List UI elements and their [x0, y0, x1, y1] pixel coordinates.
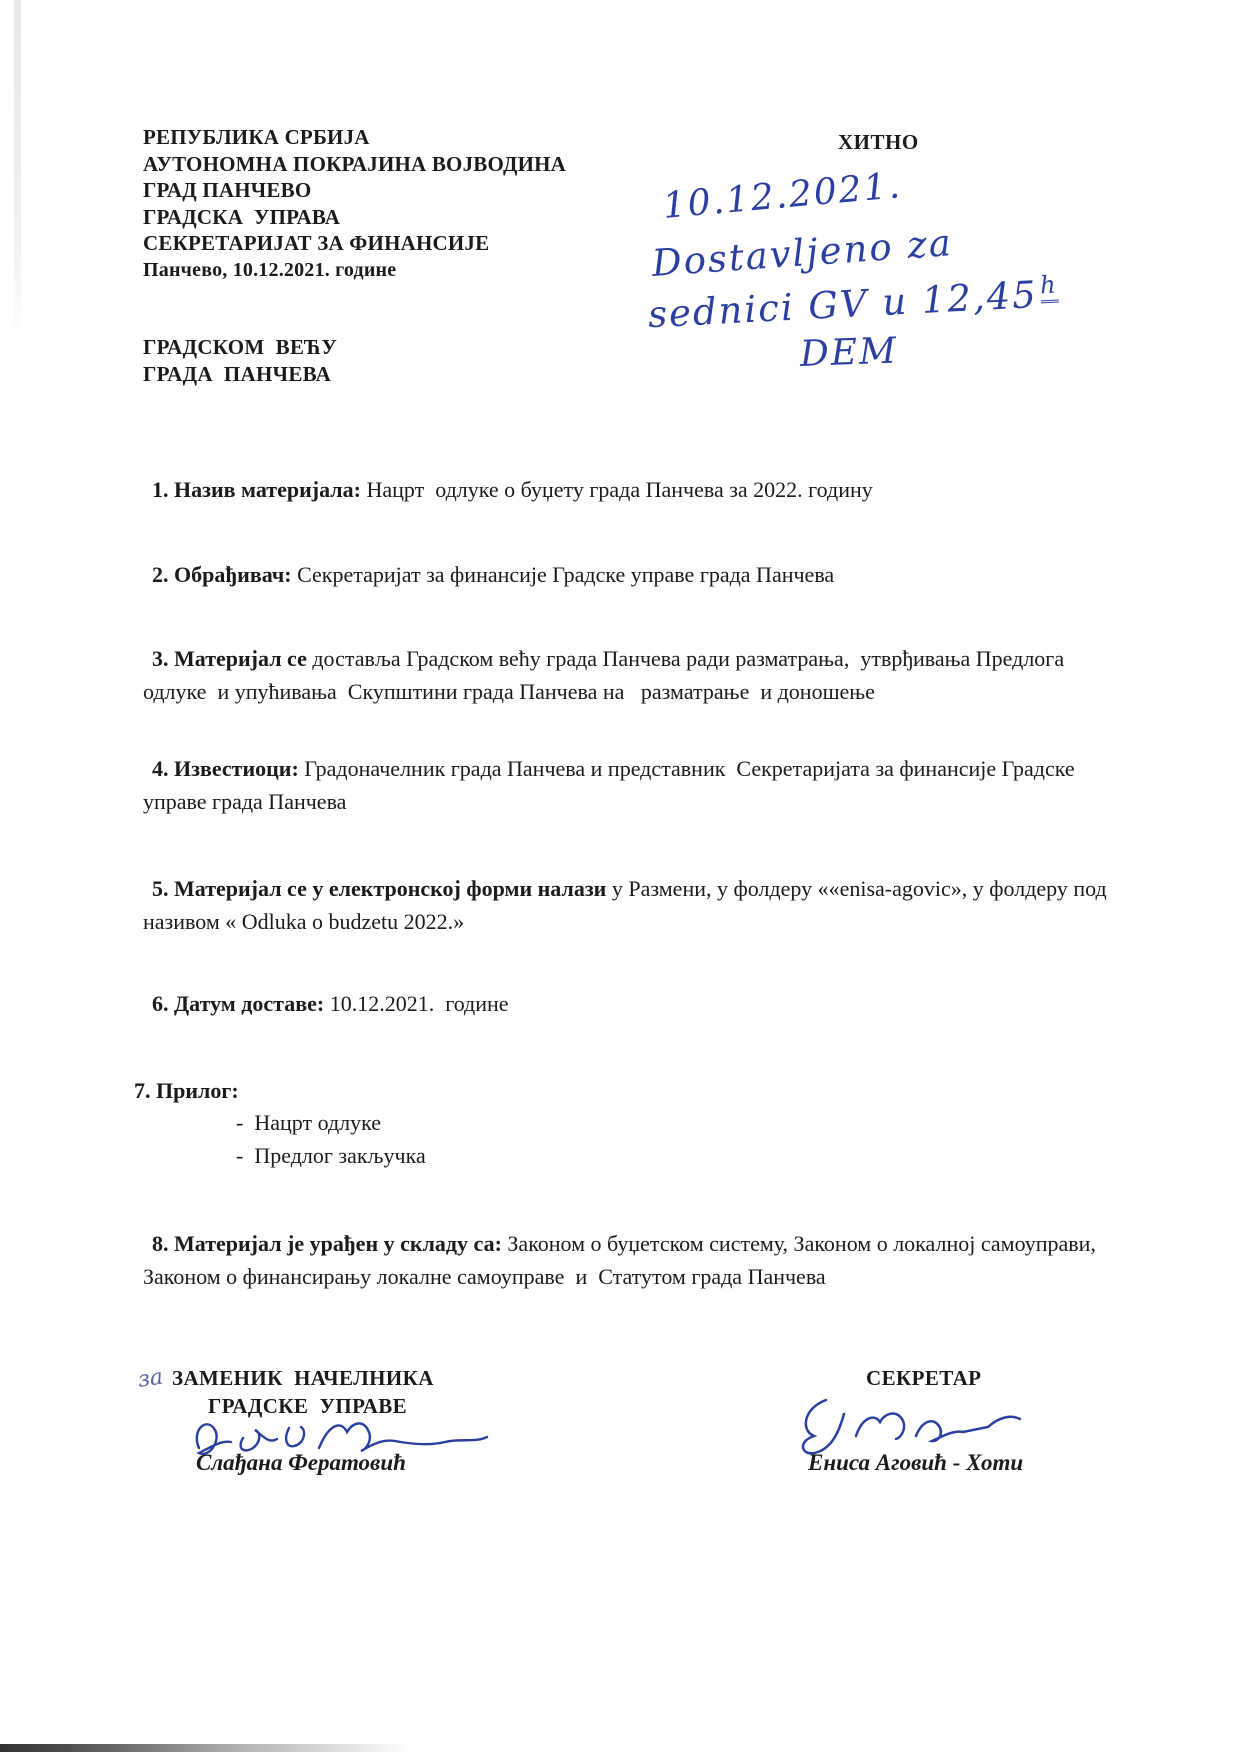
item-3-delivery: 3. Материјал се доставља Градском већу г…	[143, 642, 1108, 708]
handwritten-initials: DEM	[799, 331, 898, 375]
item-2-text: Секретаријат за финансије Градске управе…	[297, 562, 834, 587]
handwritten-hour-superscript: h	[1039, 271, 1058, 304]
letterhead-line: АУТОНОМНА ПОКРАЈИНА ВОЈВОДИНА	[143, 151, 566, 178]
letterhead-line: ГРАД ПАНЧЕВО	[143, 177, 566, 204]
handwritten-time-text: sednici GV u 12,45	[647, 273, 1039, 336]
item-6-text: 10.12.2021. године	[330, 991, 509, 1016]
letterhead-block: РЕПУБЛИКА СРБИЈА АУТОНОМНА ПОКРАЈИНА ВОЈ…	[143, 124, 566, 283]
addressee-line: ГРАДСКОМ ВЕЋУ	[143, 334, 337, 361]
attachment-item: - Предлог закључка	[236, 1139, 426, 1172]
item-8-label: 8. Материјал је урађен у складу са:	[152, 1231, 502, 1256]
bullet-dash: -	[236, 1110, 243, 1135]
item-1-text: Нацрт одлуке о буџету града Панчева за 2…	[366, 477, 872, 502]
addressee-block: ГРАДСКОМ ВЕЋУ ГРАДА ПАНЧЕВА	[143, 334, 337, 388]
item-2-label: 2. Обрађивач:	[152, 562, 292, 587]
scanned-document-page: РЕПУБЛИКА СРБИЈА АУТОНОМНА ПОКРАЈИНА ВОЈ…	[0, 0, 1240, 1752]
attachment-text: Предлог закључка	[254, 1143, 425, 1168]
scan-artifact-bottom-smudge	[0, 1744, 660, 1752]
item-2-preparer: 2. Обрађивач: Секретаријат за финансије …	[152, 558, 1117, 591]
item-3-label: 3. Материјал се	[152, 646, 307, 671]
attachment-text: Нацрт одлуке	[254, 1110, 381, 1135]
item-1-label: 1. Назив материјала:	[152, 477, 361, 502]
deputy-chief-name: Слађана Фератовић	[196, 1450, 406, 1476]
scan-artifact-left-edge	[14, 0, 21, 340]
item-1-material-name: 1. Назив материјала: Нацрт одлуке о буџе…	[152, 473, 1117, 506]
item-4-reporters: 4. Известиоци: Градоначелник града Панче…	[143, 752, 1108, 818]
item-7-attachments-label: 7. Прилог:	[134, 1074, 1099, 1107]
letterhead-line: СЕКРЕТАРИЈАТ ЗА ФИНАНСИЈЕ	[143, 230, 566, 257]
handwritten-line-dostavljeno: Dostavljeno za	[651, 221, 955, 285]
item-6-label: 6. Датум доставе:	[152, 991, 324, 1016]
item-4-label: 4. Известиоци:	[152, 756, 299, 781]
letterhead-place-date: Панчево, 10.12.2021. године	[143, 257, 566, 284]
item-6-delivery-date: 6. Датум доставе: 10.12.2021. године	[152, 987, 1117, 1020]
attachment-item: - Нацрт одлуке	[236, 1106, 426, 1139]
item-8-legal-basis: 8. Материјал је урађен у складу са: Зако…	[143, 1227, 1108, 1293]
handwritten-date: 10.12.2021.	[661, 165, 903, 227]
letterhead-line: ГРАДСКА УПРАВА	[143, 204, 566, 231]
bullet-dash: -	[236, 1143, 243, 1168]
attachment-list: - Нацрт одлуке - Предлог закључка	[236, 1106, 426, 1172]
item-5-electronic-form: 5. Материјал се у електронској форми нал…	[143, 872, 1108, 938]
urgent-label: ХИТНО	[838, 130, 919, 155]
secretary-name: Ениса Аговић - Хоти	[808, 1450, 1023, 1476]
addressee-line: ГРАДА ПАНЧЕВА	[143, 361, 337, 388]
letterhead-line: РЕПУБЛИКА СРБИЈА	[143, 124, 566, 151]
item-5-label: 5. Материјал се у електронској форми нал…	[152, 876, 606, 901]
deputy-chief-title-line: ЗАМЕНИК НАЧЕЛНИКА	[172, 1366, 434, 1391]
handwritten-za-prefix: за	[136, 1365, 164, 1393]
